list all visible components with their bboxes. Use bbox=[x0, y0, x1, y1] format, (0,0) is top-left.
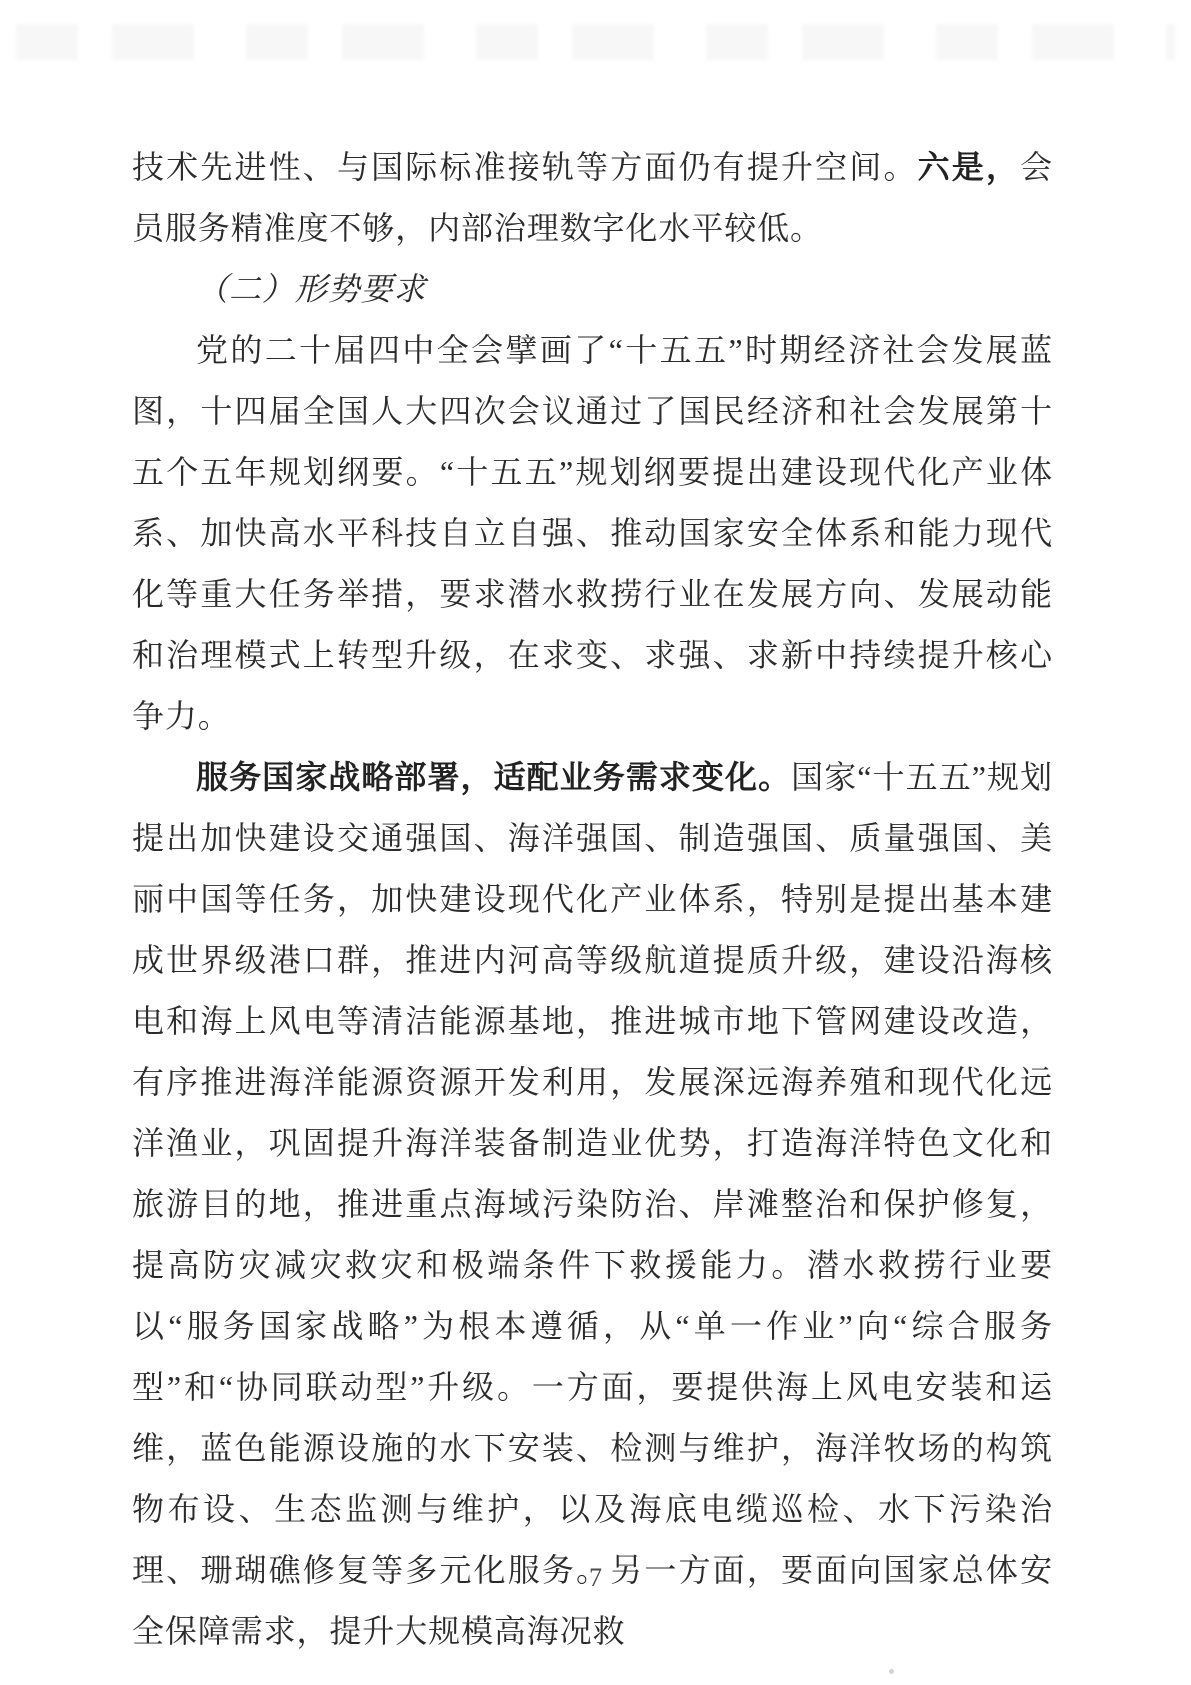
paragraph-body: 服务国家战略部署，适配业务需求变化。国家“十五五”规划提出加快建设交通强国、海洋… bbox=[132, 747, 1053, 1662]
paragraph-body: 党的二十届四中全会擘画了“十五五”时期经济社会发展蓝图，十四届全国人大四次会议通… bbox=[132, 320, 1053, 747]
page-number: 7 bbox=[0, 1558, 1191, 1598]
text-run: 国家“十五五”规划提出加快建设交通强国、海洋强国、制造强国、质量强国、美丽中国等… bbox=[132, 759, 1053, 1649]
text-run-bold: 六是， bbox=[918, 149, 1020, 185]
document-body: 技术先进性、与国际标准接轨等方面仍有提升空间。六是，会员服务精准度不够，内部治理… bbox=[132, 137, 1053, 1662]
text-run-bold: 服务国家战略部署，适配业务需求变化。 bbox=[196, 759, 791, 795]
section-heading: （二）形势要求 bbox=[132, 259, 1053, 320]
paragraph-continuation: 技术先进性、与国际标准接轨等方面仍有提升空间。六是，会员服务精准度不够，内部治理… bbox=[132, 137, 1053, 259]
document-page: 技术先进性、与国际标准接轨等方面仍有提升空间。六是，会员服务精准度不够，内部治理… bbox=[0, 0, 1191, 1685]
scan-artifact-band bbox=[16, 24, 1175, 60]
text-run: 党的二十届四中全会擘画了“十五五”时期经济社会发展蓝图，十四届全国人大四次会议通… bbox=[132, 332, 1053, 734]
scan-dot-artifact bbox=[889, 1669, 894, 1674]
text-run: 技术先进性、与国际标准接轨等方面仍有提升空间。 bbox=[132, 149, 918, 185]
